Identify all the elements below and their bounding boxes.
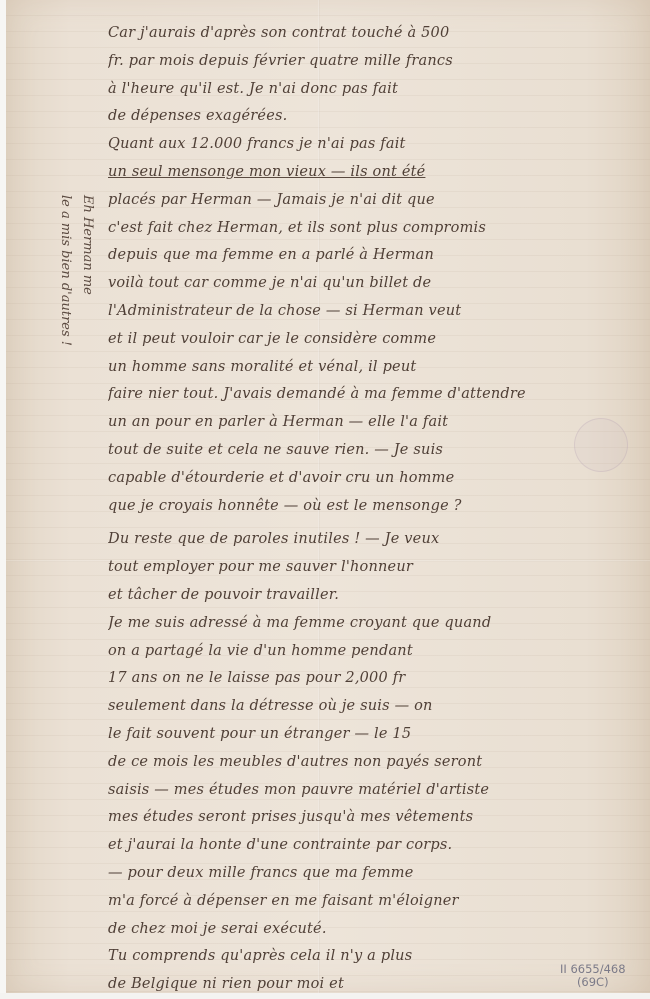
letter-line: placés par Herman — Jamais je n'ai dit q… — [108, 187, 638, 215]
letter-line: de Belgique ni rien pour moi et — [108, 971, 638, 999]
letter-line: le fait souvent pour un étranger — le 15 — [108, 721, 638, 749]
letter-line: un an pour en parler à Herman — elle l'a… — [108, 409, 638, 437]
letter-line: tout de suite et cela ne sauve rien. — J… — [108, 437, 638, 465]
margin-note: Eh Herman me le a mis bien d'autres ! — [38, 195, 98, 555]
letter-line: Tu comprends qu'après cela il n'y a plus — [108, 943, 638, 971]
letter-line: et j'aurai la honte d'une contrainte par… — [108, 832, 638, 860]
letter-body: Car j'aurais d'après son contrat touché … — [108, 20, 638, 999]
letter-line: de chez moi je serai exécuté. — [108, 916, 638, 944]
letter-line: Je me suis adressé à ma femme croyant qu… — [108, 610, 638, 638]
letter-line: m'a forcé à dépenser en me faisant m'élo… — [108, 888, 638, 916]
letter-line: et tâcher de pouvoir travailler. — [108, 582, 638, 610]
letter-line: de dépenses exagérées. — [108, 103, 638, 131]
letter-line: à l'heure qu'il est. Je n'ai donc pas fa… — [108, 76, 638, 104]
letter-line: c'est fait chez Herman, et ils sont plus… — [108, 215, 638, 243]
letter-line: voilà tout car comme je n'ai qu'un bille… — [108, 270, 638, 298]
letter-line: 17 ans on ne le laisse pas pour 2,000 fr — [108, 665, 638, 693]
letter-line: Du reste que de paroles inutiles ! — Je … — [108, 526, 638, 554]
archive-ref-subnumber: (69C) — [560, 976, 626, 989]
letter-line: capable d'étourderie et d'avoir cru un h… — [108, 465, 638, 493]
archive-reference: II 6655/468 (69C) — [560, 963, 626, 989]
letter-line: — pour deux mille francs que ma femme — [108, 860, 638, 888]
letter-line: faire nier tout. J'avais demandé à ma fe… — [108, 381, 638, 409]
margin-note-line: Eh Herman me — [76, 195, 98, 555]
letter-line: un homme sans moralité et vénal, il peut — [108, 354, 638, 382]
letter-line: depuis que ma femme en a parlé à Herman — [108, 242, 638, 270]
letter-line: Car j'aurais d'après son contrat touché … — [108, 20, 638, 48]
letter-line: de ce mois les meubles d'autres non payé… — [108, 749, 638, 777]
letter-line: que je croyais honnête — où est le menso… — [108, 493, 638, 521]
letter-line: tout employer pour me sauver l'honneur — [108, 554, 638, 582]
letter-line: saisis — mes études mon pauvre matériel … — [108, 777, 638, 805]
letter-line: mes études seront prises jusqu'à mes vêt… — [108, 804, 638, 832]
margin-note-line: le a mis bien d'autres ! — [54, 195, 76, 555]
letter-line: et il peut vouloir car je le considère c… — [108, 326, 638, 354]
letter-line-underlined: un seul mensonge mon vieux — ils ont été — [108, 159, 638, 187]
letter-line: fr. par mois depuis février quatre mille… — [108, 48, 638, 76]
letter-line: Quant aux 12.000 francs je n'ai pas fait — [108, 131, 638, 159]
letter-line: l'Administrateur de la chose — si Herman… — [108, 298, 638, 326]
letter-line: seulement dans la détresse où je suis — … — [108, 693, 638, 721]
letter-line: on a partagé la vie d'un homme pendant — [108, 638, 638, 666]
